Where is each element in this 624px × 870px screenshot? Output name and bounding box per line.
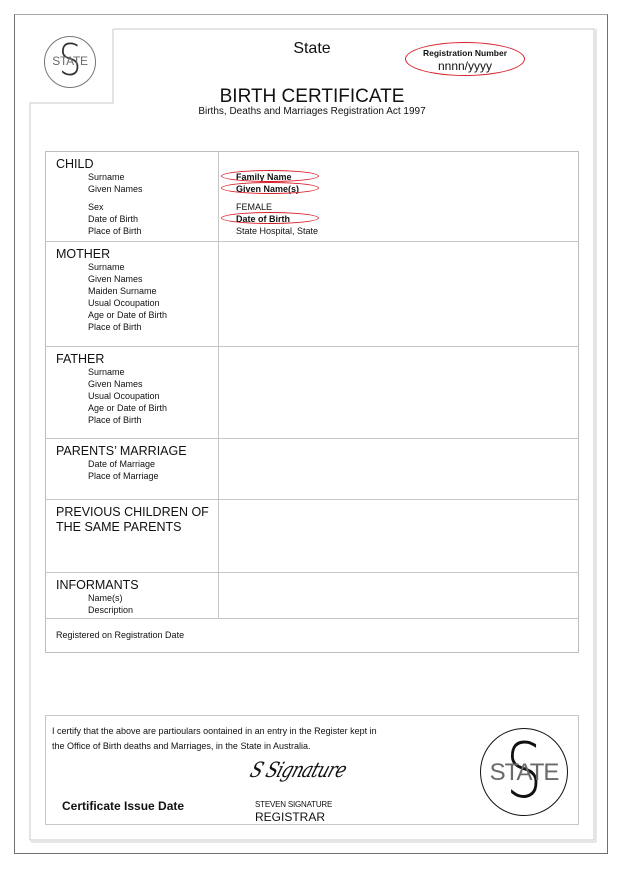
details-table: CHILD Surname Given Names Sex Date of Bi… (45, 151, 579, 653)
section-informants: INFORMANTS Name(s) Description (46, 573, 578, 619)
field-labels: Date of Marriage Place of Marriage (88, 458, 159, 482)
registration-number-badge: Registration Number nnnn/yyyy (405, 42, 525, 76)
field-label: Surname (88, 261, 167, 273)
field-label: Given Names (88, 273, 167, 285)
field-labels: Surname Given Names Sex Date of Birth Pl… (88, 171, 143, 237)
child-given-names-value: Given Name(s) (236, 183, 318, 195)
heading-line: PREVIOUS CHILDREN OF (56, 505, 209, 520)
column-divider (218, 573, 219, 618)
certification-line: I certify that the above are partioulars… (52, 724, 432, 739)
field-labels: Surname Given Names Maiden Surname Usual… (88, 261, 167, 333)
field-label: Age or Date of Birth (88, 309, 167, 321)
column-divider (218, 347, 219, 438)
certificate-issue-date: Certificate Issue Date (62, 799, 184, 813)
registration-number-value: nnnn/yyyy (406, 59, 524, 73)
field-label: Place of Birth (88, 414, 167, 426)
field-label: Name(s) (88, 592, 133, 604)
section-parents-marriage: PARENTS’ MARRIAGE Date of Marriage Place… (46, 439, 578, 500)
field-labels: Surname Given Names Usual Ocoupation Age… (88, 366, 167, 426)
certification-statement: I certify that the above are partioulars… (52, 724, 432, 754)
column-divider (218, 439, 219, 499)
section-father: FATHER Surname Given Names Usual Ocoupat… (46, 347, 578, 439)
section-heading: FATHER (56, 352, 104, 367)
section-heading: CHILD (56, 157, 94, 172)
field-label: Surname (88, 171, 143, 183)
state-name: State (250, 40, 374, 58)
field-label: Sex (88, 201, 143, 213)
field-label: Place of Birth (88, 321, 167, 333)
section-heading: INFORMANTS (56, 578, 139, 593)
heading-line: THE SAME PARENTS (56, 520, 209, 535)
section-heading: PREVIOUS CHILDREN OF THE SAME PARENTS (56, 505, 209, 535)
seal-word: STATE (481, 759, 567, 787)
field-values: Family Name Given Name(s) FEMALE Date of… (236, 171, 318, 237)
state-seal-bottom: S STATE (480, 728, 568, 816)
field-label: Date of Birth (88, 213, 143, 225)
field-label: Given Names (88, 378, 167, 390)
certification-line: the Office of Birth deaths and Marriages… (52, 739, 432, 754)
section-heading: MOTHER (56, 247, 110, 262)
section-previous-children: PREVIOUS CHILDREN OF THE SAME PARENTS (46, 500, 578, 573)
field-label: Maiden Surname (88, 285, 167, 297)
child-place-of-birth-value: State Hospital, State (236, 225, 318, 237)
field-label: Surname (88, 366, 167, 378)
certificate-title: BIRTH CERTIFICATE (150, 86, 474, 108)
column-divider (218, 152, 219, 241)
field-label: Place of Marriage (88, 470, 159, 482)
field-labels: Name(s) Description (88, 592, 133, 616)
column-divider (218, 500, 219, 572)
section-heading: PARENTS’ MARRIAGE (56, 444, 187, 459)
registrar-signature: S Signature (247, 758, 349, 782)
field-label: Given Names (88, 183, 143, 195)
field-label: Usual Ocoupation (88, 390, 167, 402)
section-mother: MOTHER Surname Given Names Maiden Surnam… (46, 242, 578, 347)
child-date-of-birth-value: Date of Birth (236, 213, 318, 225)
registered-on-date: Registered on Registration Date (56, 630, 184, 640)
field-label: Usual Ocoupation (88, 297, 167, 309)
certificate-subtitle: Births, Deaths and Marriages Registratio… (130, 106, 494, 117)
state-seal-top: S STATE (44, 36, 96, 88)
column-divider (218, 242, 219, 346)
signer-role: REGISTRAR (255, 810, 325, 824)
registration-number-label: Registration Number (406, 48, 524, 58)
field-label: Place of Birth (88, 225, 143, 237)
field-label: Date of Marriage (88, 458, 159, 470)
field-label: Age or Date of Birth (88, 402, 167, 414)
signer-name: STEVEN SIGNATURE (255, 800, 332, 809)
seal-word: STATE (45, 54, 95, 68)
section-child: CHILD Surname Given Names Sex Date of Bi… (46, 152, 578, 242)
field-label: Description (88, 604, 133, 616)
